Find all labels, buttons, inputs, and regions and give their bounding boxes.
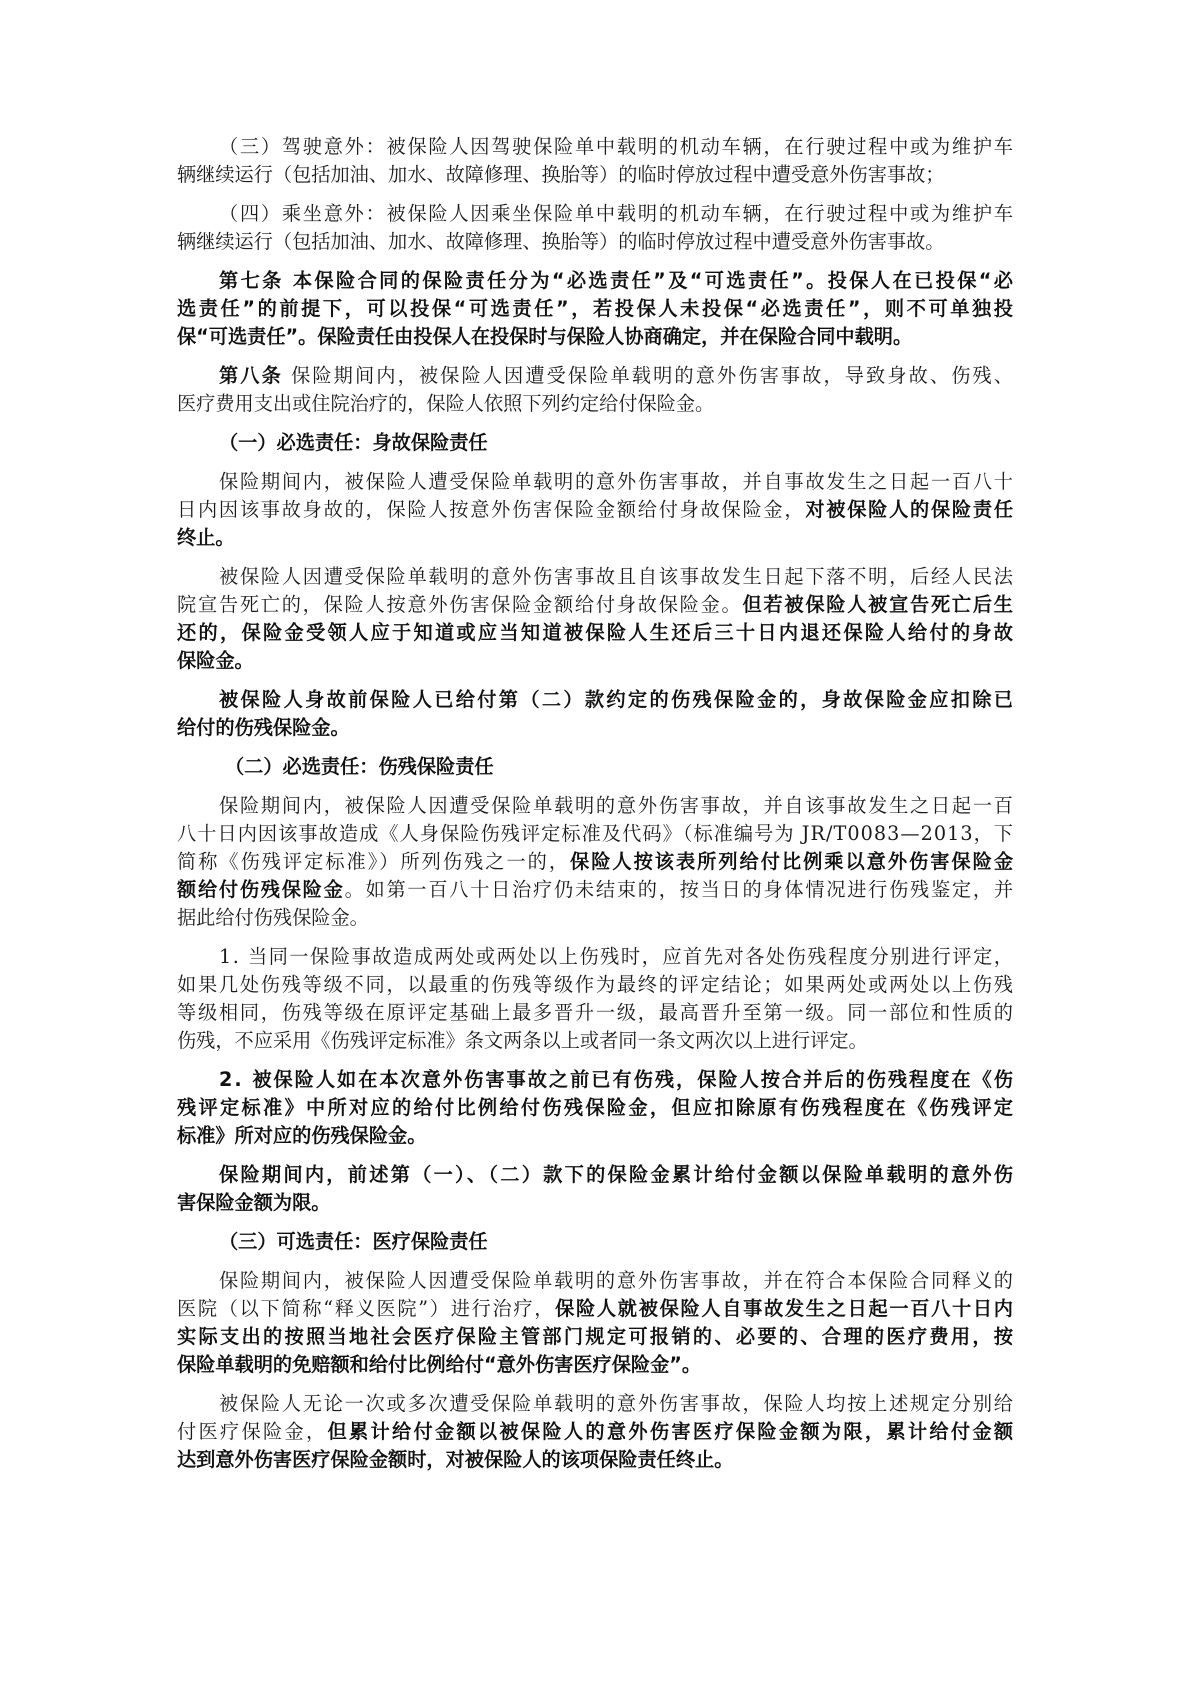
paragraph: 被保险人因遭受保险单载明的意外伤害事故且自该事故发生日起下落不明，后经人民法院宣… (177, 563, 1013, 675)
text-line: 选责任”的前提下，可以投保“可选责任”，若投保人未投保“必选责任”，则不可单独投 (177, 295, 1013, 323)
text-run: 被保险人因遭受保险单载明的意外伤害事故且自该事故发生日起下落不明，后经人民法 (219, 565, 1013, 588)
text-line: 保险期间内，被保险人因遭受保险单载明的意外伤害事故，并自该事故发生之日起一百 (177, 792, 1013, 820)
paragraph: 第七条 本保险合同的保险责任分为“必选责任”及“可选责任”。投保人在已投保“必选… (177, 267, 1013, 351)
text-line: 被保险人因遭受保险单载明的意外伤害事故且自该事故发生日起下落不明，后经人民法 (177, 563, 1013, 591)
text-run: 日内因该事故身故的，保险人按意外伤害保险金额给付身故保险金， (177, 498, 805, 521)
bold-text-run: 保“可选责任”。保险责任由投保人在投保时与保险人协商确定，并在保险合同中载明。 (177, 325, 912, 348)
bold-text-run: （二）必选责任：伤残保险责任 (225, 755, 494, 778)
paragraph: 1. 当同一保险事故造成两处或两处以上伤残时，应首先对各处伤残程度分别进行评定，… (177, 943, 1013, 1055)
document-page: （三）驾驶意外：被保险人因驾驶保险单中载明的机动车辆，在行驶过程中或为维护车辆继… (177, 133, 1013, 1485)
text-line: 实际支出的按照当地社会医疗保险主管部门规定可报销的、必要的、合理的医疗费用，按 (177, 1323, 1013, 1351)
text-line: 简称《伤残评定标准》）所列伤残之一的，保险人按该表所列给付比例乘以意外伤害保险金 (177, 848, 1013, 876)
bold-text-run: 被保险人身故前保险人已给付第（二）款约定的伤残保险金的，身故保险金应扣除已 (219, 688, 1013, 711)
text-line: 医院（以下简称“释义医院”）进行治疗，保险人就被保险人自事故发生之日起一百八十日… (177, 1295, 1013, 1323)
paragraph: 第八条 保险期间内，被保险人因遭受保险单载明的意外伤害事故，导致身故、伤残、医疗… (177, 362, 1013, 418)
text-run: 保险期间内，被保险人因遭受保险单载明的意外伤害事故，并自该事故发生之日起一百 (219, 794, 1013, 817)
bold-text-run: 还的，保险金受领人应于知道或应当知道被保险人生还后三十日内退还保险人给付的身故 (177, 621, 1013, 644)
bold-text-run: 实际支出的按照当地社会医疗保险主管部门规定可报销的、必要的、合理的医疗费用，按 (177, 1325, 1013, 1348)
text-run: 如果几处伤残等级不同，以最重的伤残等级作为最终的评定结论；如果两处或两处以上伤残 (177, 973, 1013, 996)
text-run: 医院（以下简称“释义医院”）进行治疗， (177, 1297, 555, 1320)
text-line: 辆继续运行（包括加油、加水、故障修理、换胎等）的临时停放过程中遭受意外伤害事故； (177, 161, 1013, 189)
paragraph: 被保险人无论一次或多次遭受保险单载明的意外伤害事故，保险人均按上述规定分别给付医… (177, 1390, 1013, 1474)
bold-text-run: 保险期间内，前述第（一）、（二）款下的保险金累计给付金额以保险单载明的意外伤 (219, 1163, 1013, 1186)
paragraph: （三）驾驶意外：被保险人因驾驶保险单中载明的机动车辆，在行驶过程中或为维护车辆继… (177, 133, 1013, 189)
text-run: 保险期间内，被保险人遭受保险单载明的意外伤害事故，并自事故发生之日起一百八十 (219, 470, 1013, 493)
text-line: 保险金。 (177, 647, 1013, 675)
text-line: 保“可选责任”。保险责任由投保人在投保时与保险人协商确定，并在保险合同中载明。 (177, 323, 1013, 351)
bold-text-run: 保险金。 (177, 649, 254, 672)
paragraph: 保险期间内，被保险人因遭受保险单载明的意外伤害事故，并在符合本保险合同释义的医院… (177, 1267, 1013, 1379)
text-line: 标准》所对应的伤残保险金。 (177, 1122, 1013, 1150)
bold-text-run: 第七条 本保险合同的保险责任分为“必选责任”及“可选责任”。投保人在已投保“必 (219, 269, 1013, 292)
text-run: 辆继续运行（包括加油、加水、故障修理、换胎等）的临时停放过程中遭受意外伤害事故。 (177, 230, 945, 253)
text-run: 八十日内因该事故造成《人身保险伤残评定标准及代码》（标准编号为 JR/T0083… (177, 822, 1013, 845)
text-line: 第八条 保险期间内，被保险人因遭受保险单载明的意外伤害事故，导致身故、伤残、 (177, 362, 1013, 390)
text-run: 保险期间内，被保险人因遭受保险单载明的意外伤害事故，并在符合本保险合同释义的 (219, 1269, 1013, 1292)
text-run: 。如第一百八十日治疗仍未结束的，按当日的身体情况进行伤残鉴定，并 (345, 878, 1013, 901)
text-run: 辆继续运行（包括加油、加水、故障修理、换胎等）的临时停放过程中遭受意外伤害事故； (177, 163, 945, 186)
text-line: 伤残，不应采用《伤残评定标准》条文两条以上或者同一条文两次以上进行评定。 (177, 1027, 1013, 1055)
text-run: 伤残，不应采用《伤残评定标准》条文两条以上或者同一条文两次以上进行评定。 (177, 1029, 868, 1052)
bold-text-run: 终止。 (177, 526, 235, 549)
text-line: 被保险人无论一次或多次遭受保险单载明的意外伤害事故，保险人均按上述规定分别给 (177, 1390, 1013, 1418)
bold-text-run: 保险人就被保险人自事故发生之日起一百八十日内 (555, 1297, 1013, 1320)
text-run: （三）驾驶意外：被保险人因驾驶保险单中载明的机动车辆，在行驶过程中或为维护车 (219, 135, 1013, 158)
bold-text-run: （一）必选责任：身故保险责任 (219, 431, 488, 454)
text-line: 八十日内因该事故造成《人身保险伤残评定标准及代码》（标准编号为 JR/T0083… (177, 820, 1013, 848)
text-line: 如果几处伤残等级不同，以最重的伤残等级作为最终的评定结论；如果两处或两处以上伤残 (177, 971, 1013, 999)
text-line: 2. 被保险人如在本次意外伤害事故之前已有伤残，保险人按合并后的伤残程度在《伤 (177, 1066, 1013, 1094)
paragraph: （四）乘坐意外：被保险人因乘坐保险单中载明的机动车辆，在行驶过程中或为维护车辆继… (177, 200, 1013, 256)
text-run: （四）乘坐意外：被保险人因乘坐保险单中载明的机动车辆，在行驶过程中或为维护车 (219, 202, 1013, 225)
bold-text-run: 但若被保险人被宣告死亡后生 (742, 593, 1013, 616)
text-run: 医疗费用支出或住院治疗的，保险人依照下列约定给付保险金。 (177, 392, 714, 415)
text-line: （三）驾驶意外：被保险人因驾驶保险单中载明的机动车辆，在行驶过程中或为维护车 (177, 133, 1013, 161)
text-run: 简称《伤残评定标准》）所列伤残之一的， (177, 850, 570, 873)
bold-text-run: 第八条 (219, 364, 283, 387)
text-run: 院宣告死亡的，保险人按意外伤害保险金额给付身故保险金。 (177, 593, 742, 616)
text-line: （二）必选责任：伤残保险责任 (177, 753, 1013, 781)
bold-text-run: 对被保险人的保险责任 (805, 498, 1013, 521)
text-line: 保险期间内，被保险人因遭受保险单载明的意外伤害事故，并在符合本保险合同释义的 (177, 1267, 1013, 1295)
text-line: 还的，保险金受领人应于知道或应当知道被保险人生还后三十日内退还保险人给付的身故 (177, 619, 1013, 647)
text-line: 额给付伤残保险金。如第一百八十日治疗仍未结束的，按当日的身体情况进行伤残鉴定，并 (177, 876, 1013, 904)
section-heading: （一）必选责任：身故保险责任 (177, 429, 1013, 457)
text-line: 保险期间内，前述第（一）、（二）款下的保险金累计给付金额以保险单载明的意外伤 (177, 1161, 1013, 1189)
text-line: 保险期间内，被保险人遭受保险单载明的意外伤害事故，并自事故发生之日起一百八十 (177, 468, 1013, 496)
text-line: 辆继续运行（包括加油、加水、故障修理、换胎等）的临时停放过程中遭受意外伤害事故。 (177, 228, 1013, 256)
text-line: 给付的伤残保险金。 (177, 714, 1013, 742)
text-line: 1. 当同一保险事故造成两处或两处以上伤残时，应首先对各处伤残程度分别进行评定， (177, 943, 1013, 971)
text-run: 保险期间内，被保险人因遭受保险单载明的意外伤害事故，导致身故、伤残、 (283, 364, 1013, 387)
text-line: 医疗费用支出或住院治疗的，保险人依照下列约定给付保险金。 (177, 390, 1013, 418)
paragraph: 保险期间内，被保险人因遭受保险单载明的意外伤害事故，并自该事故发生之日起一百八十… (177, 792, 1013, 932)
bold-text-run: 2. 被保险人如在本次意外伤害事故之前已有伤残，保险人按合并后的伤残程度在《伤 (219, 1068, 1013, 1091)
text-line: 等级相同，伤残等级在原评定基础上最多晋升一级，最高晋升至第一级。同一部位和性质的 (177, 999, 1013, 1027)
bold-text-run: 达到意外伤害医疗保险金额时，对被保险人的该项保险责任终止。 (177, 1448, 733, 1471)
section-heading: （三）可选责任：医疗保险责任 (177, 1228, 1013, 1256)
bold-text-run: 额给付伤残保险金 (177, 878, 345, 901)
text-line: 终止。 (177, 524, 1013, 552)
bold-text-run: 保险单载明的免赔额和给付比例给付“意外伤害医疗保险金”。 (177, 1353, 701, 1376)
bold-text-run: 但累计给付金额以被保险人的意外伤害医疗保险金额为限，累计给付金额 (327, 1420, 1013, 1443)
section-heading: （二）必选责任：伤残保险责任 (177, 753, 1013, 781)
text-line: 达到意外伤害医疗保险金额时，对被保险人的该项保险责任终止。 (177, 1446, 1013, 1474)
paragraph: 保险期间内，前述第（一）、（二）款下的保险金累计给付金额以保险单载明的意外伤害保… (177, 1161, 1013, 1217)
text-run: 据此给付伤残保险金。 (177, 906, 369, 929)
bold-text-run: 害保险金额为限。 (177, 1191, 331, 1214)
bold-text-run: 残评定标准》中所对应的给付比例给付伤残保险金，但应扣除原有伤残程度在《伤残评定 (177, 1096, 1013, 1119)
paragraph: 保险期间内，被保险人遭受保险单载明的意外伤害事故，并自事故发生之日起一百八十日内… (177, 468, 1013, 552)
bold-text-run: 保险人按该表所列给付比例乘以意外伤害保险金 (570, 850, 1013, 873)
text-line: 日内因该事故身故的，保险人按意外伤害保险金额给付身故保险金，对被保险人的保险责任 (177, 496, 1013, 524)
text-line: 害保险金额为限。 (177, 1189, 1013, 1217)
text-line: 被保险人身故前保险人已给付第（二）款约定的伤残保险金的，身故保险金应扣除已 (177, 686, 1013, 714)
text-run: 付医疗保险金， (177, 1420, 327, 1443)
text-line: （三）可选责任：医疗保险责任 (177, 1228, 1013, 1256)
paragraph: 2. 被保险人如在本次意外伤害事故之前已有伤残，保险人按合并后的伤残程度在《伤残… (177, 1066, 1013, 1150)
bold-text-run: （三）可选责任：医疗保险责任 (219, 1230, 488, 1253)
paragraph: 被保险人身故前保险人已给付第（二）款约定的伤残保险金的，身故保险金应扣除已给付的… (177, 686, 1013, 742)
bold-text-run: 选责任”的前提下，可以投保“可选责任”，若投保人未投保“必选责任”，则不可单独投 (177, 297, 1013, 320)
text-line: 院宣告死亡的，保险人按意外伤害保险金额给付身故保险金。但若被保险人被宣告死亡后生 (177, 591, 1013, 619)
text-line: 残评定标准》中所对应的给付比例给付伤残保险金，但应扣除原有伤残程度在《伤残评定 (177, 1094, 1013, 1122)
text-run: 1. 当同一保险事故造成两处或两处以上伤残时，应首先对各处伤残程度分别进行评定， (219, 945, 1013, 968)
text-line: 保险单载明的免赔额和给付比例给付“意外伤害医疗保险金”。 (177, 1351, 1013, 1379)
text-line: 第七条 本保险合同的保险责任分为“必选责任”及“可选责任”。投保人在已投保“必 (177, 267, 1013, 295)
text-run: 被保险人无论一次或多次遭受保险单载明的意外伤害事故，保险人均按上述规定分别给 (219, 1392, 1013, 1415)
bold-text-run: 给付的伤残保险金。 (177, 716, 350, 739)
bold-text-run: 标准》所对应的伤残保险金。 (177, 1124, 426, 1147)
text-run: 等级相同，伤残等级在原评定基础上最多晋升一级，最高晋升至第一级。同一部位和性质的 (177, 1001, 1013, 1024)
text-line: 付医疗保险金，但累计给付金额以被保险人的意外伤害医疗保险金额为限，累计给付金额 (177, 1418, 1013, 1446)
text-line: 据此给付伤残保险金。 (177, 904, 1013, 932)
text-line: （四）乘坐意外：被保险人因乘坐保险单中载明的机动车辆，在行驶过程中或为维护车 (177, 200, 1013, 228)
text-line: （一）必选责任：身故保险责任 (177, 429, 1013, 457)
